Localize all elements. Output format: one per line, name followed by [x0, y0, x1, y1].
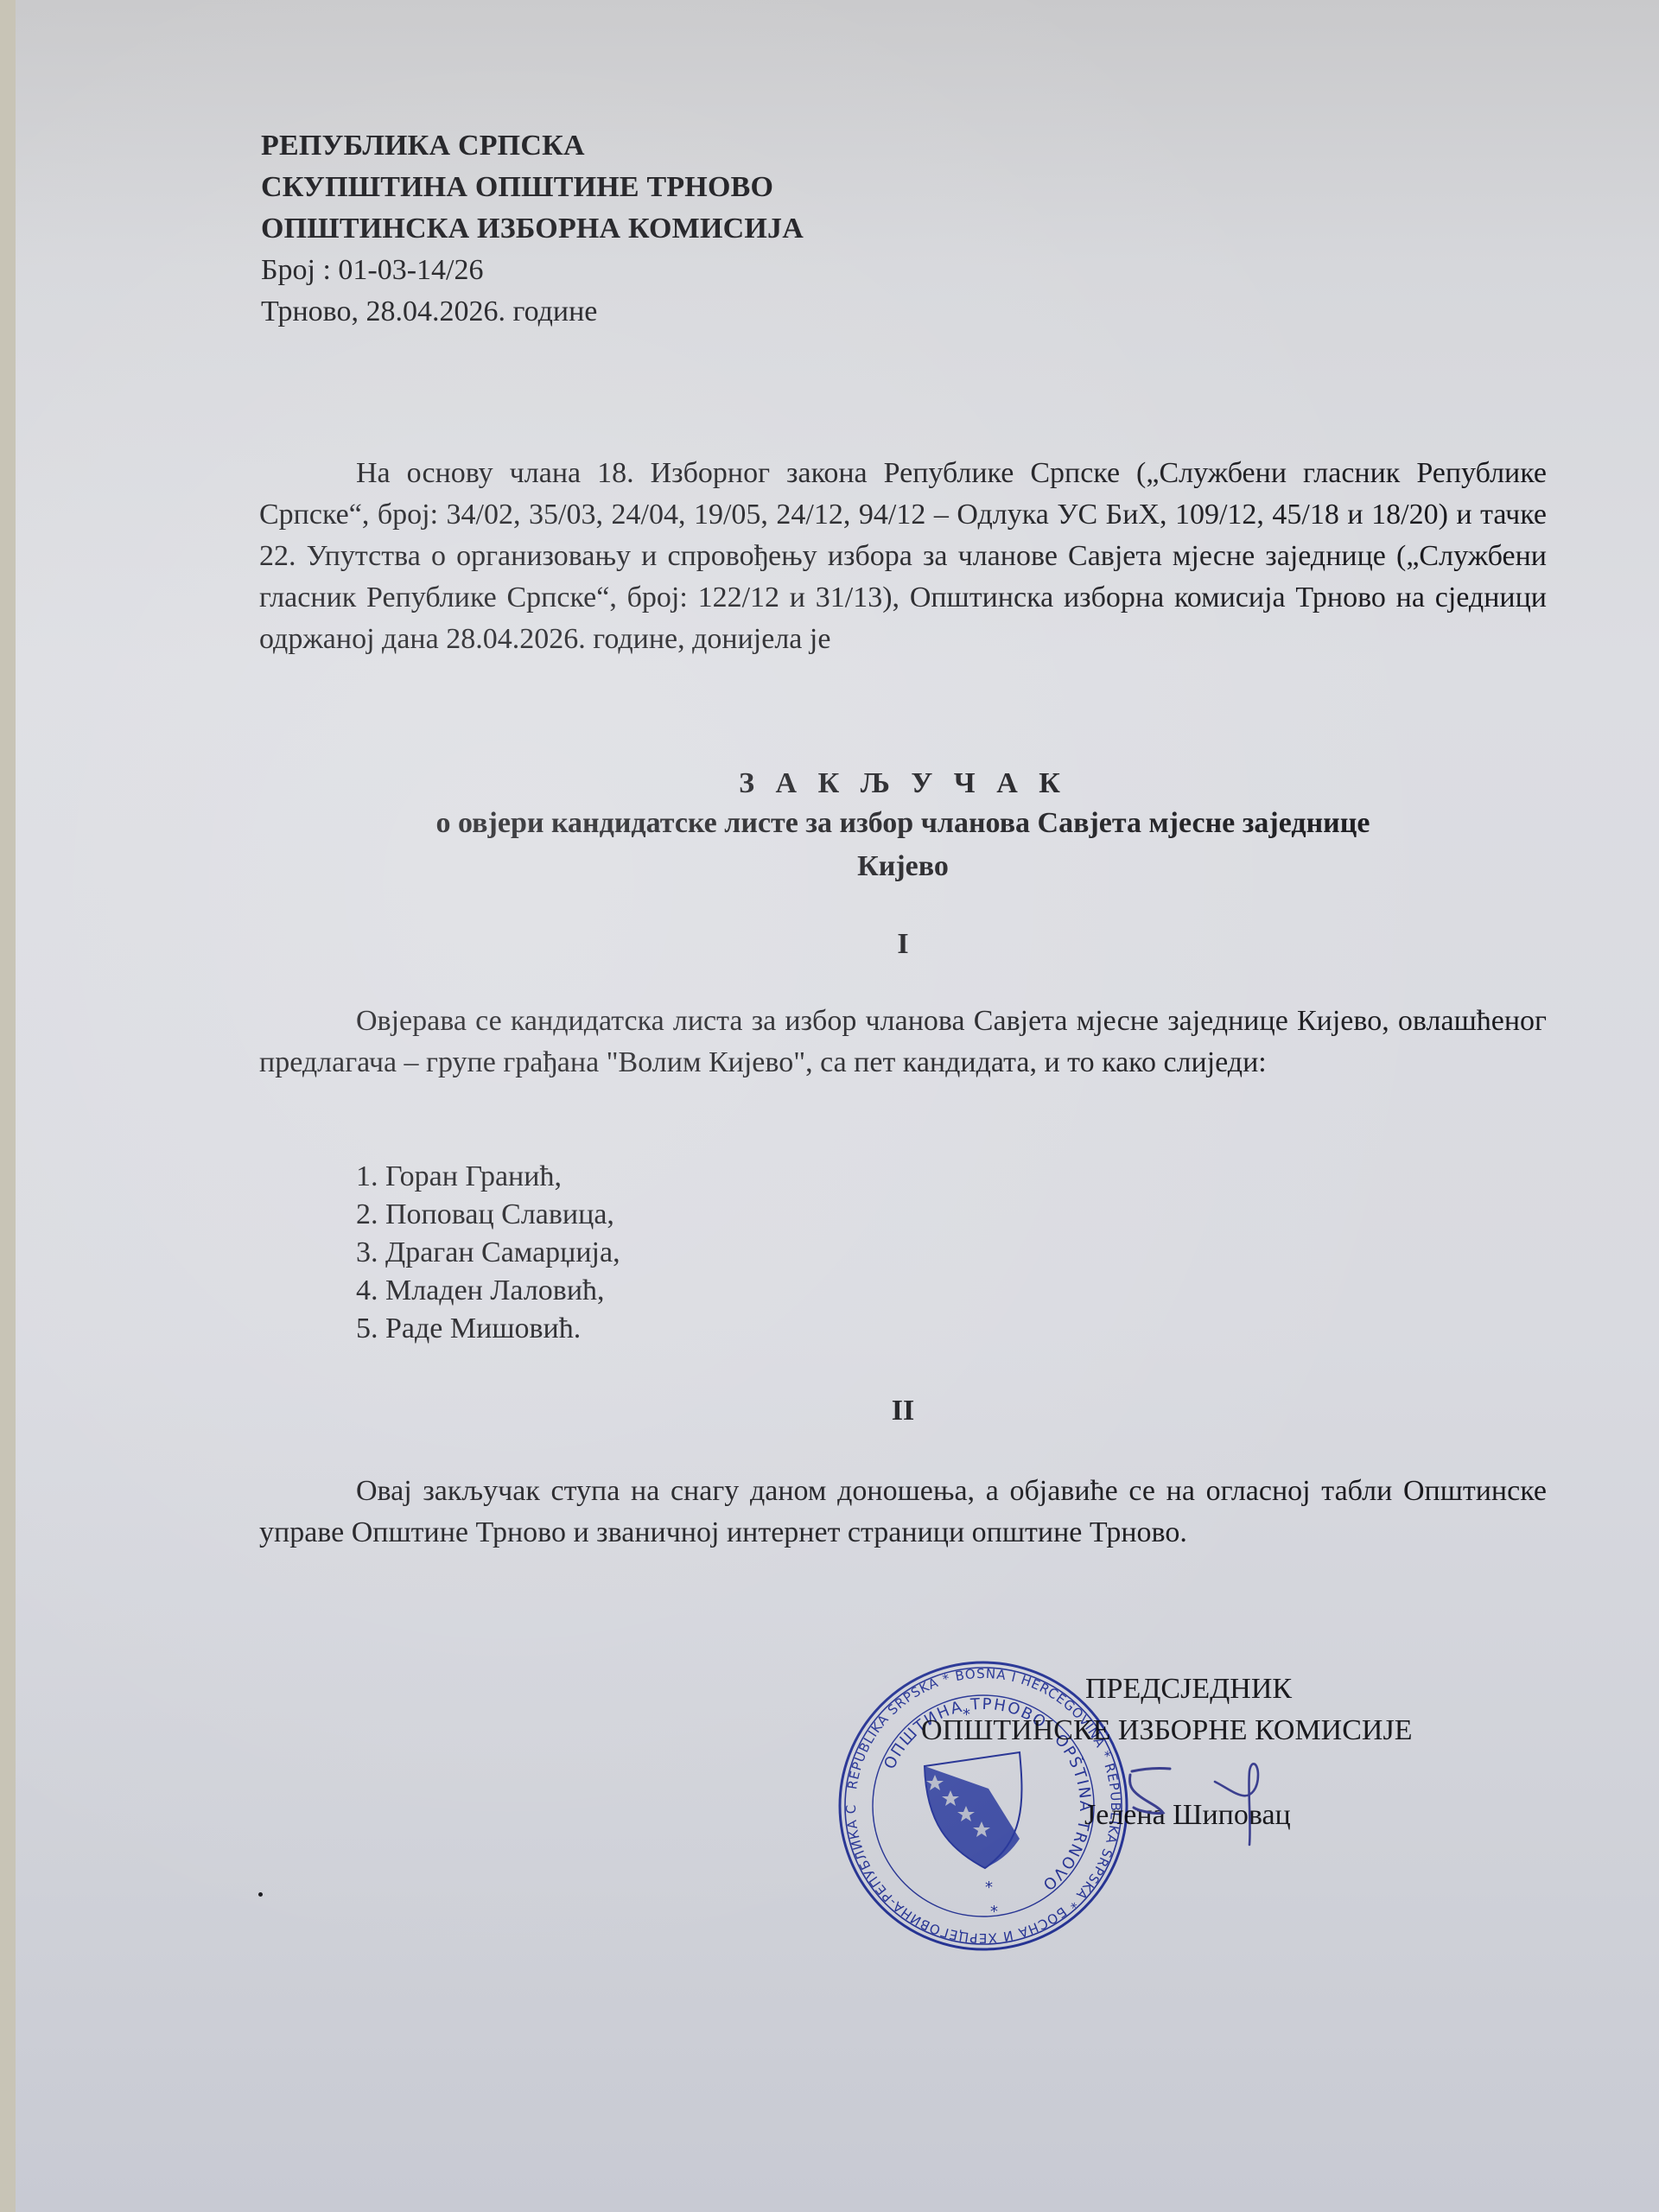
document-header: РЕПУБЛИКА СРПСКА СКУПШТИНА ОПШТИНЕ ТРНОВ…: [261, 125, 804, 333]
stray-dot: [258, 1892, 263, 1897]
section-2-paragraph: Овај закључак ступа на снагу даном донош…: [259, 1471, 1547, 1554]
svg-text:*: *: [990, 1903, 998, 1921]
header-republic: РЕПУБЛИКА СРПСКА: [261, 125, 804, 167]
candidate-list: 1. Горан Гранић, 2. Поповац Славица, 3. …: [356, 1158, 620, 1348]
candidate-item: 2. Поповац Славица,: [356, 1196, 620, 1234]
place-date: Трново, 28.04.2026. године: [261, 291, 804, 333]
candidate-item: 4. Младен Лаловић,: [356, 1272, 620, 1310]
section-1-paragraph: Овјерава се кандидатска листа за избор ч…: [259, 1001, 1547, 1084]
decision-title: З А К Љ У Ч А К: [259, 764, 1547, 804]
candidate-item: 1. Горан Гранић,: [356, 1158, 620, 1196]
preamble-paragraph: На основу члана 18. Изборног закона Репу…: [259, 453, 1547, 660]
official-stamp: REPUBLIKA SRPSKA * BOSNA I HERCEGOVINA *…: [836, 1659, 1130, 1953]
decision-subtitle: о овјери кандидатске листе за избор члан…: [259, 804, 1547, 843]
header-assembly: СКУПШТИНА ОПШТИНЕ ТРНОВО: [261, 167, 804, 208]
svg-text:OPŠTINA TRNOVO: OPŠTINA TRNOVO: [1038, 1731, 1094, 1895]
candidate-item: 3. Драган Самарџија,: [356, 1234, 620, 1272]
svg-text:*: *: [985, 1878, 993, 1897]
candidate-item: 5. Раде Мишовић.: [356, 1310, 620, 1348]
section-1-numeral: I: [259, 925, 1547, 964]
section-2-numeral: II: [259, 1391, 1547, 1431]
handwritten-signature: [1113, 1737, 1320, 1849]
document-page: РЕПУБЛИКА СРПСКА СКУПШТИНА ОПШТИНЕ ТРНОВ…: [16, 0, 1659, 2212]
svg-text:*: *: [963, 1706, 970, 1724]
document-number: Број : 01-03-14/26: [261, 250, 804, 291]
decision-locality: Кијево: [259, 847, 1547, 887]
header-commission: ОПШТИНСКА ИЗБОРНА КОМИСИЈА: [261, 208, 804, 250]
